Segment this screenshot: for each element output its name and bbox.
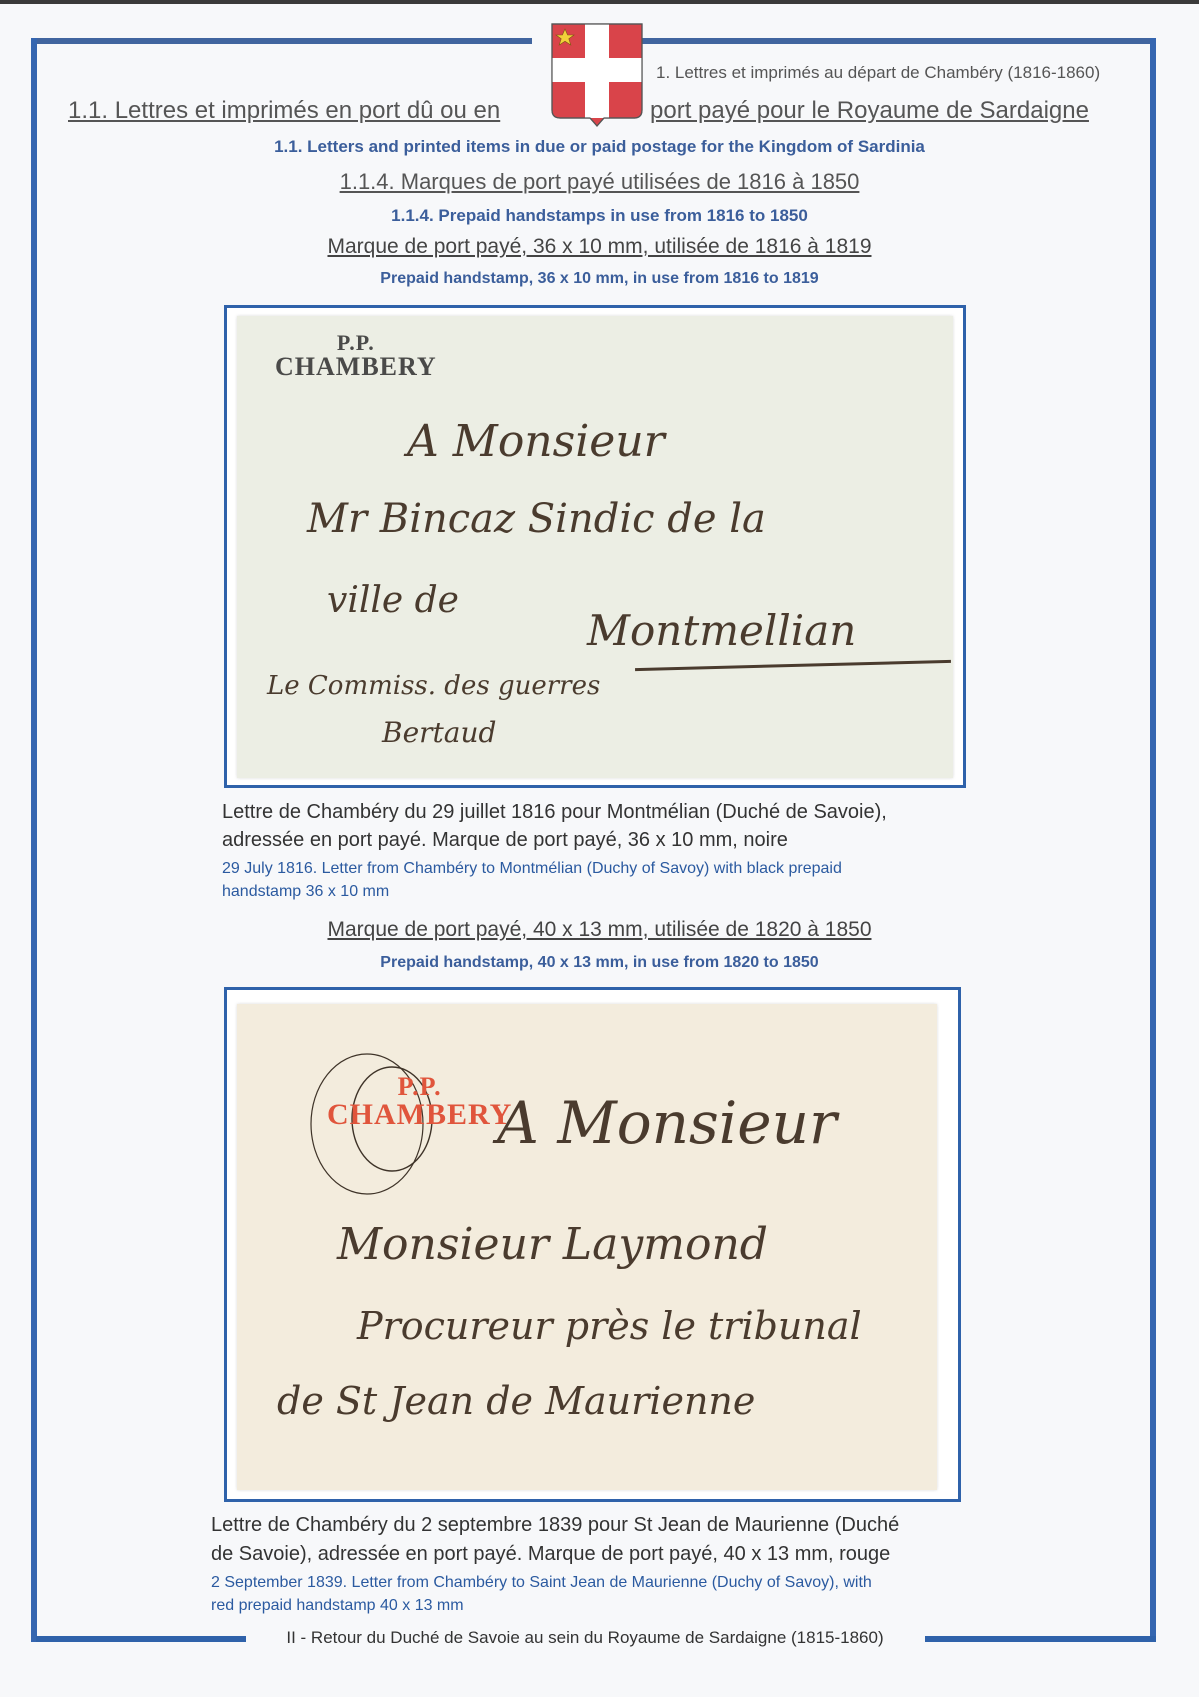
address-line: A Monsieur — [497, 1089, 837, 1157]
cover-image-1839: P.P. CHAMBERY A Monsieur Monsieur Laymon… — [224, 987, 961, 1502]
letter-sheet: P.P. CHAMBERY A Monsieur Monsieur Laymon… — [237, 1004, 937, 1490]
subsection-title: 1.1.4. Marques de port payé utilisées de… — [0, 169, 1199, 195]
address-line: Monsieur Laymond — [337, 1219, 768, 1270]
address-line: A Monsieur — [407, 416, 665, 467]
sender-signature: Bertaud — [382, 716, 496, 749]
address-line: de St Jean de Maurienne — [277, 1379, 755, 1423]
item-heading: Marque de port payé, 36 x 10 mm, utilisé… — [0, 235, 1199, 259]
savoy-coat-of-arms-icon — [550, 22, 644, 136]
frame-border-bottom-right — [925, 1636, 1156, 1642]
sender-note: Le Commiss. des guerres — [267, 671, 600, 701]
address-line: Procureur près le tribunal — [357, 1304, 862, 1348]
caption-english-line: handstamp 36 x 10 mm — [222, 880, 389, 903]
caption-french-line: Lettre de Chambéry du 29 juillet 1816 po… — [222, 798, 887, 826]
frame-border-top-left — [36, 38, 532, 44]
address-line: Mr Bincaz Sindic de la — [307, 496, 766, 542]
scan-edge — [0, 0, 1199, 4]
caption-french-line: adressée en port payé. Marque de port pa… — [222, 826, 788, 854]
caption-english-line: 2 September 1839. Letter from Chambéry t… — [211, 1571, 872, 1594]
subsection-title-english: 1.1.4. Prepaid handstamps in use from 18… — [0, 206, 1199, 226]
address-line: Montmellian — [587, 606, 856, 655]
address-line: ville de — [327, 580, 459, 621]
page-footer: II - Retour du Duché de Savoie au sein d… — [250, 1628, 920, 1648]
item-heading-english: Prepaid handstamp, 36 x 10 mm, in use fr… — [0, 270, 1199, 288]
letter-sheet: P.P. CHAMBERY A Monsieur Mr Bincaz Sindi… — [237, 316, 953, 778]
cover-image-1816: P.P. CHAMBERY A Monsieur Mr Bincaz Sindi… — [224, 305, 966, 788]
page-title-right: port payé pour le Royaume de Sardaigne — [650, 97, 1089, 125]
page-title-left: 1.1. Lettres et imprimés en port dû ou e… — [68, 97, 500, 125]
caption-french-line: Lettre de Chambéry du 2 septembre 1839 p… — [211, 1511, 899, 1539]
item-heading-english: Prepaid handstamp, 40 x 13 mm, in use fr… — [0, 954, 1199, 972]
frame-border-bottom-left — [36, 1636, 246, 1642]
prepaid-handstamp-red: P.P. CHAMBERY — [327, 1074, 512, 1130]
prepaid-handstamp-black: P.P. CHAMBERY — [275, 332, 437, 380]
underline-stroke — [635, 660, 951, 671]
caption-english-line: 29 July 1816. Letter from Chambéry to Mo… — [222, 857, 842, 880]
section-label: 1. Lettres et imprimés au départ de Cham… — [656, 63, 1100, 83]
caption-french-line: de Savoie), adressée en port payé. Marqu… — [211, 1540, 890, 1568]
caption-english-line: red prepaid handstamp 40 x 13 mm — [211, 1594, 464, 1617]
page-title-english: 1.1. Letters and printed items in due or… — [0, 137, 1199, 157]
item-heading: Marque de port payé, 40 x 13 mm, utilisé… — [0, 918, 1199, 942]
frame-border-top-right — [640, 38, 1156, 44]
